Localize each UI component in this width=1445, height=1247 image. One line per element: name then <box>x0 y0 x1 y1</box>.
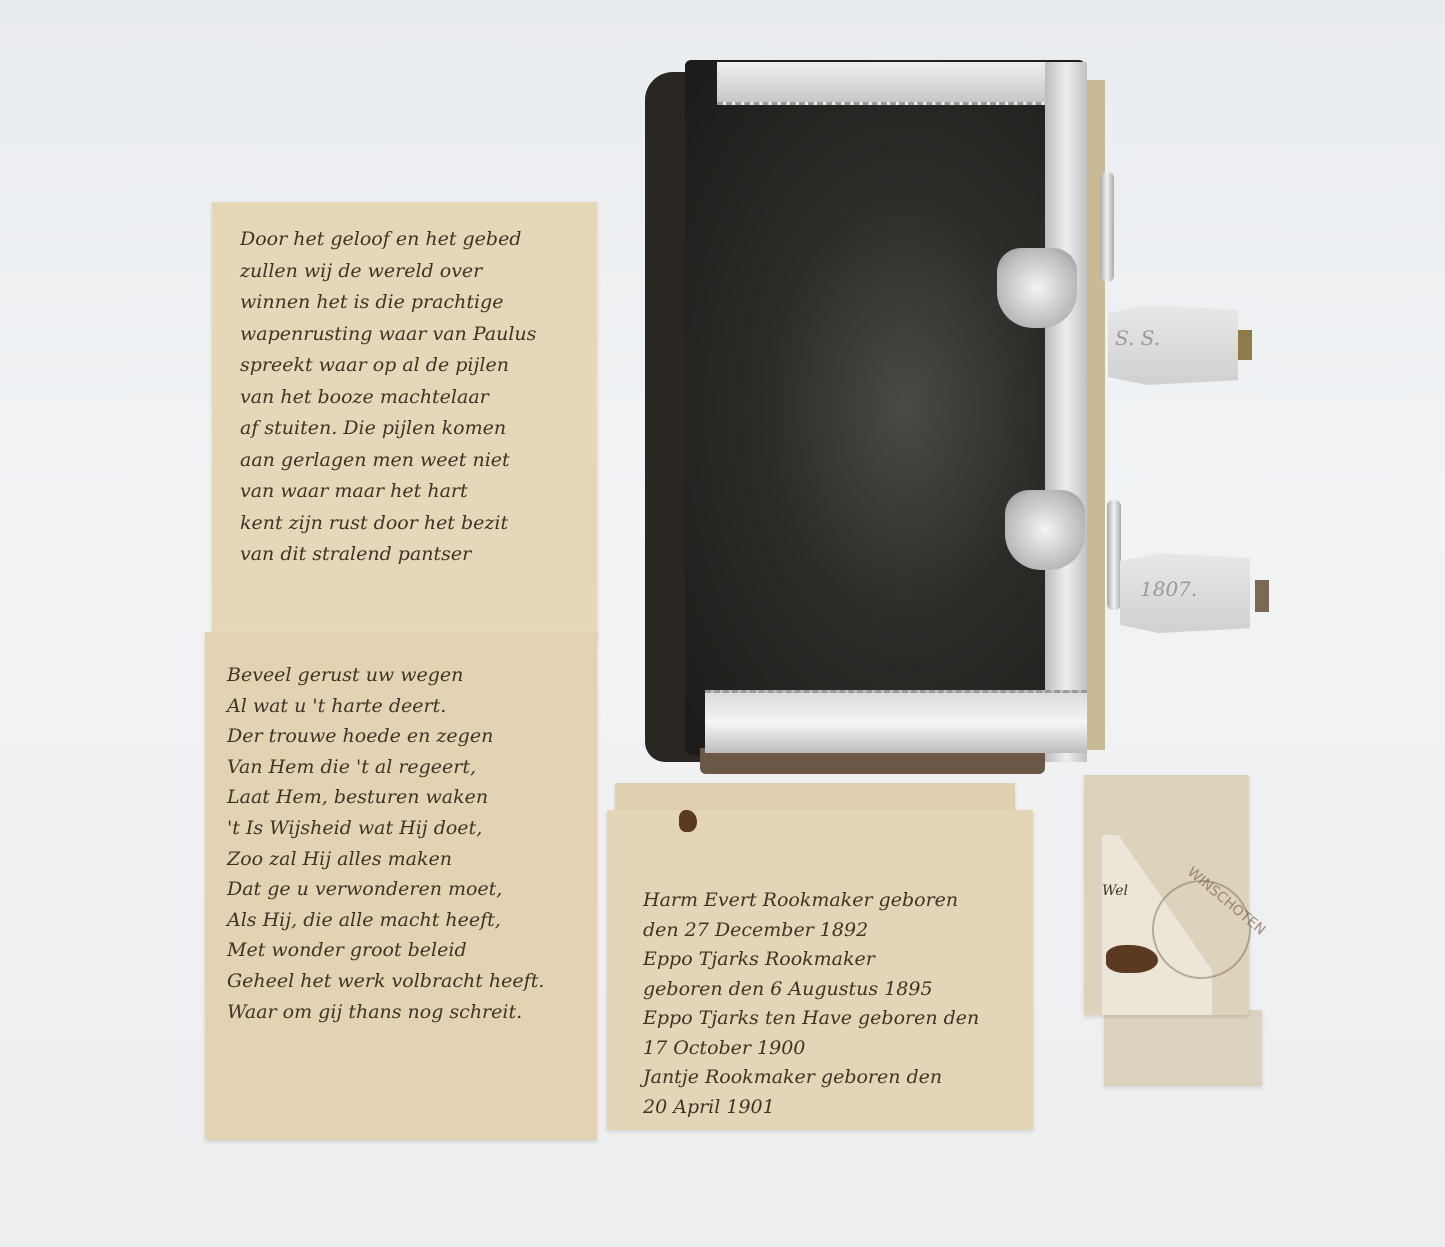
letter-top: Door het geloof en het gebed zullen wij … <box>212 202 597 642</box>
clasp-catch-bottom <box>1255 580 1269 612</box>
silver-frame-right <box>1045 62 1087 762</box>
letter-line: Der trouwe hoede en zegen <box>227 721 544 752</box>
letter-line: van dit stralend pantser <box>240 539 536 571</box>
letter-line: van het booze machtelaar <box>240 382 536 414</box>
letter-line: Geheel het werk volbracht heeft. <box>227 966 544 997</box>
letter-bottom: Beveel gerust uw wegen Al wat u 't harte… <box>205 632 597 1140</box>
envelope-back <box>1104 1010 1262 1086</box>
letter-line: wapenrusting waar van Paulus <box>240 319 536 351</box>
letter-top-text: Door het geloof en het gebed zullen wij … <box>240 224 536 571</box>
register-line: Eppo Tjarks Rookmaker <box>643 945 979 975</box>
register-line: Jantje Rookmaker geboren den <box>643 1063 979 1093</box>
letter-line: van waar maar het hart <box>240 476 536 508</box>
register-line: den 27 December 1892 <box>643 916 979 946</box>
leather-cover <box>685 60 1085 755</box>
register-line: 17 October 1900 <box>643 1034 979 1064</box>
register-line: 20 April 1901 <box>643 1093 979 1123</box>
silver-corner-bottom <box>705 690 1087 753</box>
register-text: Harm Evert Rookmaker geboren den 27 Dece… <box>643 886 979 1122</box>
clasp-plate-top <box>997 248 1077 328</box>
clasp-catch-top <box>1238 330 1252 360</box>
letter-line: Zoo zal Hij alles maken <box>227 844 544 875</box>
register-line: geboren den 6 Augustus 1895 <box>643 975 979 1005</box>
letter-line: winnen het is die prachtige <box>240 287 536 319</box>
silver-bible <box>645 60 1105 770</box>
letter-line: Beveel gerust uw wegen <box>227 660 544 691</box>
letter-line: Dat ge u verwonderen moet, <box>227 874 544 905</box>
letter-line: spreekt waar op al de pijlen <box>240 350 536 382</box>
letter-line: Met wonder groot beleid <box>227 935 544 966</box>
letter-line: af stuiten. Die pijlen komen <box>240 413 536 445</box>
clasp-plate-bottom <box>1005 490 1085 570</box>
letter-line: aan gerlagen men weet niet <box>240 445 536 477</box>
envelope: WINSCHOTEN Wel <box>1084 775 1249 1015</box>
letter-line: Van Hem die 't al regeert, <box>227 752 544 783</box>
letter-line: Al wat u 't harte deert. <box>227 691 544 722</box>
register-line: Eppo Tjarks ten Have geboren den <box>643 1004 979 1034</box>
letter-line: Laat Hem, besturen waken <box>227 782 544 813</box>
register-card: Harm Evert Rookmaker geboren den 27 Dece… <box>607 810 1033 1130</box>
letter-line: Door het geloof en het gebed <box>240 224 536 256</box>
clasp-hinge-bottom <box>1107 500 1121 610</box>
letter-line: Waar om gij thans nog schreit. <box>227 997 544 1028</box>
clasp-engraving-top: S. S. <box>1115 326 1160 350</box>
wax-stain <box>1106 945 1158 973</box>
letter-line: kent zijn rust door het bezit <box>240 508 536 540</box>
letter-line: 't Is Wijsheid wat Hij doet, <box>227 813 544 844</box>
clasp-hinge-top <box>1100 172 1114 282</box>
letter-bottom-text: Beveel gerust uw wegen Al wat u 't harte… <box>227 660 544 1027</box>
letter-line: zullen wij de wereld over <box>240 256 536 288</box>
silver-corner-top <box>717 62 1087 105</box>
envelope-fragment-text: Wel <box>1102 883 1128 899</box>
letter-line: Als Hij, die alle macht heeft, <box>227 905 544 936</box>
ink-stain <box>679 810 697 832</box>
clasp-engraving-bottom: 1807. <box>1140 577 1197 601</box>
register-line: Harm Evert Rookmaker geboren <box>643 886 979 916</box>
